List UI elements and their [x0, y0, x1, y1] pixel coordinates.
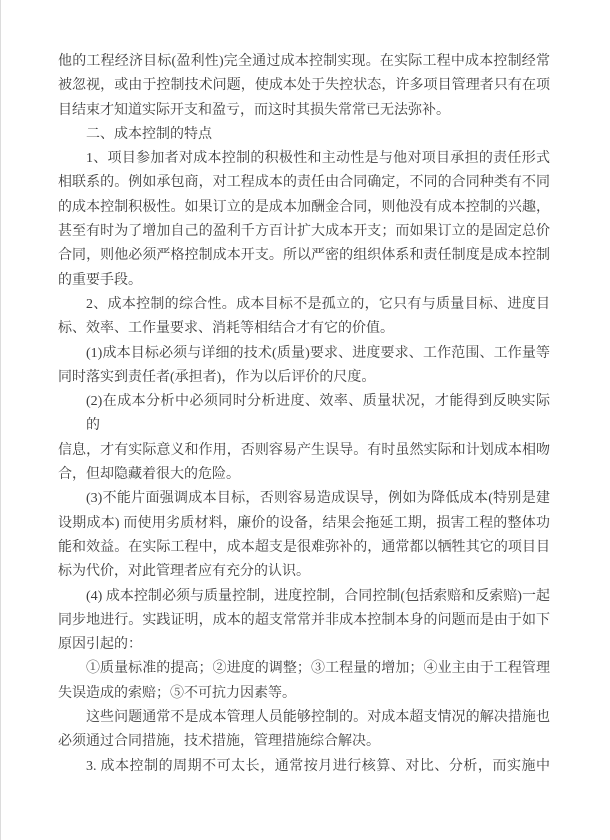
- text-line: 被忽视，或由于控制技术问题，使成本处于失控状态，许多项目管理者只有在项: [58, 74, 550, 98]
- text-line: 合，但却隐藏着很大的危险。: [58, 463, 550, 487]
- text-line: 失误造成的索赔；⑤不可抗力因素等。: [58, 682, 550, 706]
- text-line: 必须通过合同措施，技术措施，管理措施综合解决。: [58, 730, 550, 754]
- text-line: ①质量标准的提高；②进度的调整；③工程量的增加；④业主由于工程管理: [58, 657, 550, 681]
- text-line: 相联系的。例如承包商，对工程成本的责任由合同确定，不同的合同种类有不同: [58, 171, 550, 195]
- text-line: 1、项目参加者对成本控制的积极性和主动性是与他对项目承担的责任形式: [58, 147, 550, 171]
- text-line: 2、成本控制的综合性。成本目标不是孤立的，它只有与质量目标、进度目: [58, 293, 550, 317]
- text-line: 合同，则他必须严格控制成本开支。所以严密的组织体系和责任制度是成本控制: [58, 244, 550, 268]
- text-line: 同步地进行。实践证明，成本的超支常常并非成本控制本身的问题而是由于如下: [58, 609, 550, 633]
- document-page: 他的工程经济目标(盈利性)完全通过成本控制实现。在实际工程中成本控制经常被忽视，…: [0, 0, 610, 840]
- text-line: 能和效益。在实际工程中，成本超支是很难弥补的，通常都以牺牲其它的项目目: [58, 536, 550, 560]
- text-line: (4) 成本控制必须与质量控制，进度控制，合同控制(包括索赔和反索赔)一起: [58, 585, 550, 609]
- text-line: 甚至有时为了增加自己的盈利千方百计扩大成本开支；而如果订立的是固定总价: [58, 220, 550, 244]
- text-line: 3. 成本控制的周期不可太长，通常按月进行核算、对比、分析，而实施中: [58, 755, 550, 779]
- document-body: 他的工程经济目标(盈利性)完全通过成本控制实现。在实际工程中成本控制经常被忽视，…: [58, 50, 550, 779]
- text-line: 他的工程经济目标(盈利性)完全通过成本控制实现。在实际工程中成本控制经常: [58, 50, 550, 74]
- text-line: 原因引起的：: [58, 633, 550, 657]
- section-heading: 二、成本控制的特点: [58, 123, 550, 147]
- text-line: 同时落实到责任者(承担者)，作为以后评价的尺度。: [58, 366, 550, 390]
- text-line: 标、效率、工作量要求、消耗等相结合才有它的价值。: [58, 317, 550, 341]
- text-line: (1)成本目标必须与详细的技术(质量)要求、进度要求、工作范围、工作量等: [58, 342, 550, 366]
- text-line: 设期成本) 而使用劣质材料，廉价的设备，结果会拖延工期，损害工程的整体功: [58, 512, 550, 536]
- text-line: 信息，才有实际意义和作用，否则容易产生误导。有时虽然实际和计划成本相吻: [58, 439, 550, 463]
- text-line: 标为代价，对此管理者应有充分的认识。: [58, 560, 550, 584]
- text-line: (2)在成本分析中必须同时分析进度、效率、质量状况，才能得到反映实际的: [58, 390, 550, 439]
- text-line: 目结束才知道实际开支和盈亏，而这时其损失常常已无法弥补。: [58, 99, 550, 123]
- text-line: 的成本控制积极性。如果订立的是成本加酬金合同，则他没有成本控制的兴趣，: [58, 196, 550, 220]
- text-line: 的重要手段。: [58, 269, 550, 293]
- text-line: (3)不能片面强调成本目标，否则容易造成误导，例如为降低成本(特别是建: [58, 487, 550, 511]
- text-line: 这些问题通常不是成本管理人员能够控制的。对成本超支情况的解决措施也: [58, 706, 550, 730]
